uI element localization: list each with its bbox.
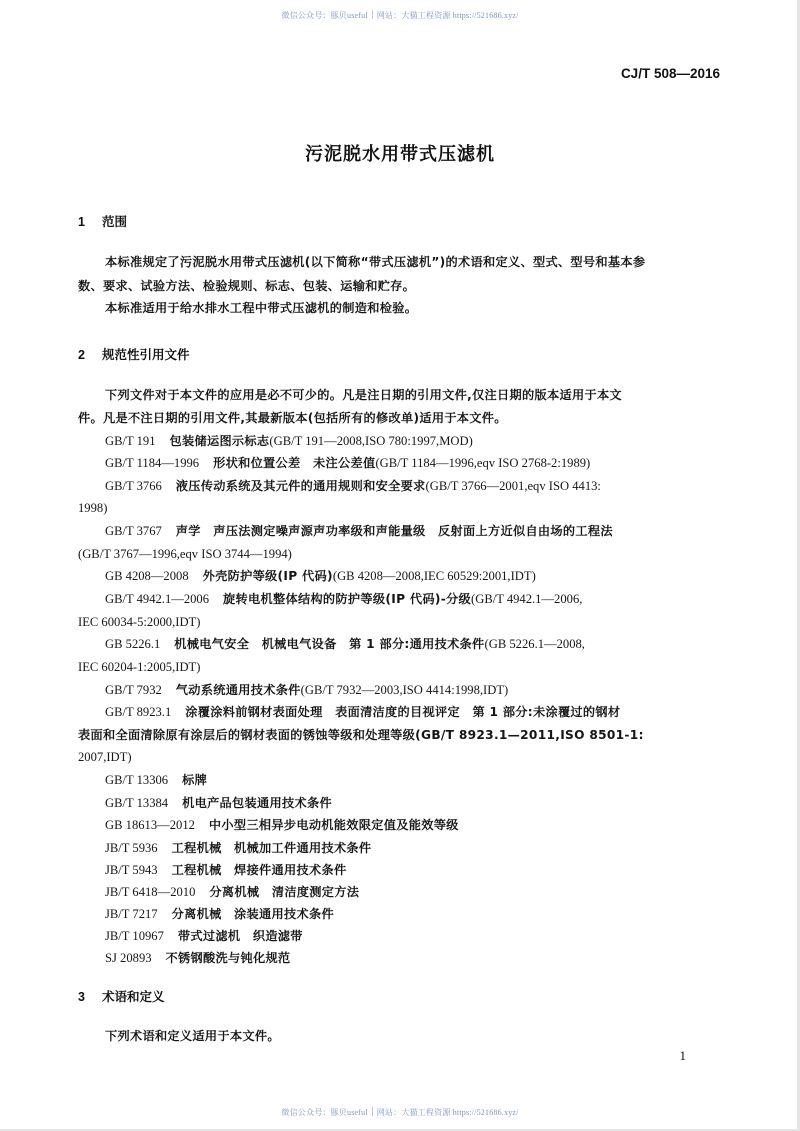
reference-item-continuation: 表面和全面清除原有涂层后的钢材表面的锈蚀等级和处理等级(GB/T 8923.1—… <box>78 727 728 743</box>
section-title: 范围 <box>102 214 127 229</box>
scope-paragraph-line: 数、要求、试验方法、检验规则、标志、包装、运输和贮存。 <box>78 278 728 294</box>
reference-item: GB/T 3767声学 声压法测定噪声源声功率级和声能量级 反射面上方近似自由场… <box>105 523 755 539</box>
reference-item: JB/T 6418—2010分离机械 清洁度测定方法 <box>105 884 755 900</box>
reference-item: GB/T 191包装储运图示标志(GB/T 191—2008,ISO 780:1… <box>105 433 755 449</box>
reference-item: GB/T 4942.1—2006旋转电机整体结构的防护等级(IP 代码)-分级(… <box>105 591 755 607</box>
watermark-separator <box>372 1107 373 1116</box>
section-number: 2 <box>78 348 102 362</box>
reference-item-continuation: 2007,IDT) <box>78 749 728 765</box>
watermark-separator <box>372 10 373 19</box>
scope-paragraph-line: 本标准规定了污泥脱水用带式压滤机(以下简称“带式压滤机”)的术语和定义、型式、型… <box>105 254 755 270</box>
watermark-bottom: 微信公众号：豚贝useful网站：大猫工程资源 https://521686.x… <box>0 1107 800 1118</box>
section-number: 3 <box>78 990 102 1004</box>
reference-item: JB/T 10967带式过滤机 织造滤带 <box>105 928 755 944</box>
reference-item-continuation: IEC 60204-1:2005,IDT) <box>78 659 728 675</box>
reference-item: GB 18613—2012中小型三相异步电动机能效限定值及能效等级 <box>105 817 755 833</box>
section-number: 1 <box>78 215 102 229</box>
section-3-heading: 3术语和定义 <box>78 987 165 1005</box>
references-intro-line: 件。凡是不注日期的引用文件,其最新版本(包括所有的修改单)适用于本文件。 <box>78 410 728 426</box>
reference-item: GB/T 1184—1996形状和位置公差 未注公差值(GB/T 1184—19… <box>105 455 755 471</box>
watermark-wechat: 微信公众号：豚贝useful <box>281 11 367 20</box>
section-2-heading: 2规范性引用文件 <box>78 345 190 363</box>
document-title: 污泥脱水用带式压滤机 <box>0 140 800 166</box>
reference-item-continuation: IEC 60034-5:2000,IDT) <box>78 614 728 630</box>
reference-item: JB/T 5936工程机械 机械加工件通用技术条件 <box>105 840 755 856</box>
terms-intro: 下列术语和定义适用于本文件。 <box>105 1028 755 1044</box>
reference-item: GB/T 3766液压传动系统及其元件的通用规则和安全要求(GB/T 3766—… <box>105 478 755 494</box>
section-title: 术语和定义 <box>102 989 165 1004</box>
reference-item: GB 4208—2008外壳防护等级(IP 代码)(GB 4208—2008,I… <box>105 568 755 584</box>
reference-item: GB/T 7932气动系统通用技术条件(GB/T 7932—2003,ISO 4… <box>105 682 755 698</box>
reference-item-continuation: (GB/T 3767—1996,eqv ISO 3744—1994) <box>78 546 728 562</box>
section-title: 规范性引用文件 <box>102 347 190 362</box>
scope-applicability: 本标准适用于给水排水工程中带式压滤机的制造和检验。 <box>105 300 755 316</box>
reference-item: JB/T 5943工程机械 焊接件通用技术条件 <box>105 862 755 878</box>
reference-item: JB/T 7217分离机械 涂装通用技术条件 <box>105 906 755 922</box>
watermark-website: 网站：大猫工程资源 https://521686.xyz/ <box>377 1108 519 1117</box>
reference-item: GB 5226.1机械电气安全 机械电气设备 第 1 部分:通用技术条件(GB … <box>105 636 755 652</box>
reference-item: SJ 20893不锈钢酸洗与钝化规范 <box>105 950 755 966</box>
watermark-wechat: 微信公众号：豚贝useful <box>281 1108 367 1117</box>
watermark-website: 网站：大猫工程资源 https://521686.xyz/ <box>377 11 519 20</box>
page-number: 1 <box>670 1048 686 1064</box>
section-1-heading: 1范围 <box>78 212 127 230</box>
references-intro-line: 下列文件对于本文件的应用是必不可少的。凡是注日期的引用文件,仅注日期的版本适用于… <box>105 387 755 403</box>
reference-item: GB/T 13306标牌 <box>105 772 755 788</box>
reference-item-continuation: 1998) <box>78 500 728 516</box>
standard-code: CJ/T 508—2016 <box>560 66 720 81</box>
reference-item: GB/T 13384机电产品包装通用技术条件 <box>105 795 755 811</box>
watermark-top: 微信公众号：豚贝useful网站：大猫工程资源 https://521686.x… <box>0 10 800 21</box>
reference-item: GB/T 8923.1涂覆涂料前钢材表面处理 表面清洁度的目视评定 第 1 部分… <box>105 704 755 720</box>
